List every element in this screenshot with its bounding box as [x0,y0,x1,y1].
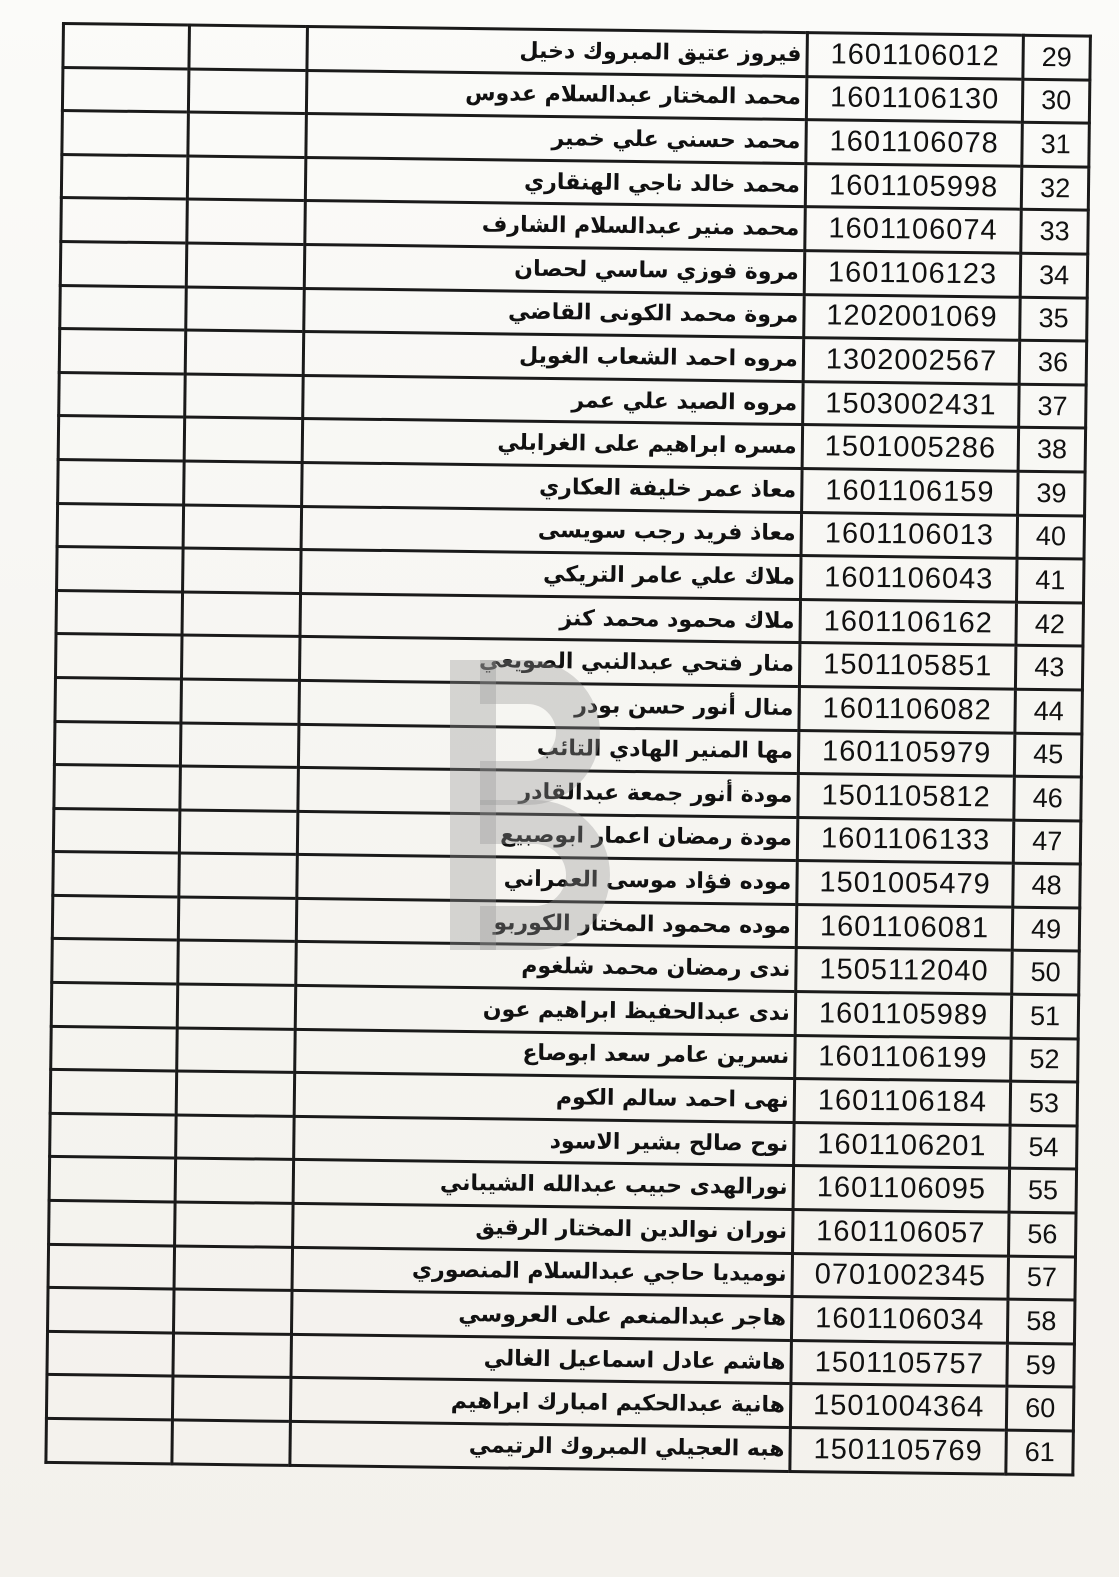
row-number: 58 [1008,1299,1075,1343]
blank-cell [186,287,305,332]
row-number: 34 [1021,253,1088,297]
id-number: 1302002567 [803,338,1020,384]
row-number: 47 [1014,820,1081,864]
id-number: 1601106199 [794,1035,1011,1081]
row-number: 38 [1018,428,1085,472]
row-number: 41 [1017,558,1084,602]
blank-cell [176,1071,295,1116]
blank-cell [62,111,189,156]
blank-cell [189,69,308,114]
blank-cell [58,459,185,504]
id-number: 1501105769 [790,1428,1007,1474]
blank-cell [188,112,307,157]
row-number: 44 [1015,689,1082,733]
student-name: ملاك علي عامر التريكي [301,550,801,600]
blank-cell [47,1331,174,1376]
student-name: نهى احمد سالم الكوم [294,1073,794,1123]
blank-cell [176,1115,295,1160]
id-number: 1601106057 [792,1210,1009,1256]
student-name: هاشم عادل اسماعيل الغالي [291,1334,791,1384]
roster-body: 291601106012فيروز عتيق المبروك دخيل30160… [46,24,1090,1475]
blank-cell [188,156,307,201]
student-name: مروة محمد الكونى القاضي [304,288,804,338]
student-name: هبه العجيلي المبروك الرتيمي [290,1421,790,1471]
blank-cell [177,1028,296,1073]
blank-cell [189,25,308,70]
blank-cell [183,548,302,593]
blank-cell [53,852,180,897]
row-number: 32 [1022,166,1089,210]
student-name: مسره ابراهيم على الغرابلي [302,419,802,469]
row-number: 50 [1012,951,1079,995]
student-name: نوح صالح بشير الاسود [294,1116,794,1166]
blank-cell [184,417,303,462]
row-number: 36 [1019,340,1086,384]
blank-cell [51,983,178,1028]
blank-cell [178,940,297,985]
student-name: مروه الصيد علي عمر [303,375,803,425]
id-number: 1601106078 [806,120,1023,166]
blank-cell [61,154,188,199]
blank-cell [59,372,186,417]
row-number: 45 [1015,733,1082,777]
student-name: موده محمود المختار الكوربو [296,898,796,948]
blank-cell [50,1070,177,1115]
blank-cell [180,810,299,855]
row-number: 54 [1010,1125,1077,1169]
id-number: 1601106095 [793,1166,1010,1212]
student-name: فيروز عتيق المبروك دخيل [307,27,807,77]
scanned-page: 291601106012فيروز عتيق المبروك دخيل30160… [0,0,1119,1577]
id-number: 1601106201 [793,1122,1010,1168]
blank-cell [174,1289,293,1334]
student-name: نورالهدى حبيب عبدالله الشيباني [293,1160,793,1210]
id-number: 1601105979 [798,730,1015,776]
id-number: 1601105998 [805,163,1022,209]
student-name: ندى عبدالحفيظ ابراهيم عون [295,985,795,1035]
row-number: 56 [1009,1212,1076,1256]
blank-cell [62,67,189,112]
id-number: 1501105851 [799,643,1016,689]
student-name: ندى رمضان محمد شلغوم [296,942,796,992]
student-name: منال أنور حسن بودر [299,680,799,730]
id-number: 1601106012 [807,33,1024,79]
blank-cell [52,939,179,984]
blank-cell [177,984,296,1029]
student-name: منار فتحي عبدالنبي الصويعي [300,637,800,687]
student-name: مروة فوزي ساسي لحصان [304,244,804,294]
blank-cell [57,503,184,548]
id-number: 1501005479 [797,861,1014,907]
blank-cell [173,1333,292,1378]
blank-cell [46,1375,173,1420]
row-number: 31 [1022,122,1089,166]
blank-cell [175,1158,294,1203]
student-name: مها المنير الهادي التائب [299,724,799,774]
blank-cell [61,198,188,243]
blank-cell [181,679,300,724]
student-name: هاجر عبدالمنعم على العروسي [292,1291,792,1341]
blank-cell [180,766,299,811]
blank-cell [53,808,180,853]
blank-cell [179,853,298,898]
blank-cell [187,199,306,244]
blank-cell [54,721,181,766]
row-number: 53 [1010,1081,1077,1125]
id-number: 1601106013 [801,512,1018,558]
id-number: 1202001069 [804,294,1021,340]
id-number: 1601105989 [795,992,1012,1038]
blank-cell [52,895,179,940]
id-number: 1601106081 [796,904,1013,950]
id-number: 1601106082 [799,686,1016,732]
blank-cell [51,1026,178,1071]
blank-cell [58,416,185,461]
blank-cell [173,1376,292,1421]
blank-cell [182,635,301,680]
id-number: 1601106133 [797,817,1014,863]
blank-cell [185,330,304,375]
id-number: 1601106074 [805,207,1022,253]
row-number: 46 [1014,776,1081,820]
row-number: 29 [1023,35,1090,79]
student-name: نوميديا حاجي عبدالسلام المنصوري [292,1247,792,1297]
blank-cell [55,677,182,722]
student-name: موده فؤاد موسى العمراني [297,855,797,905]
student-roster-table: 291601106012فيروز عتيق المبروك دخيل30160… [44,22,1092,1476]
student-name: محمد حسني علي خمير [306,114,806,164]
id-number: 1601106123 [804,251,1021,297]
blank-cell [57,547,184,592]
roster-table-wrapper: 291601106012فيروز عتيق المبروك دخيل30160… [44,22,1092,1476]
blank-cell [184,461,303,506]
blank-cell [181,723,300,768]
blank-cell [59,329,186,374]
row-number: 43 [1016,646,1083,690]
student-name: معاذ عمر خليفة العكاري [302,462,802,512]
id-number: 1601106184 [794,1079,1011,1125]
id-number: 1601106034 [791,1297,1008,1343]
id-number: 1601106162 [800,599,1017,645]
student-name: نسرين عامر سعد ابوصاع [295,1029,795,1079]
student-name: نوران نوالدين المختار الرقيق [293,1203,793,1253]
blank-cell [179,897,298,942]
blank-cell [185,374,304,419]
id-number: 1501105757 [791,1340,1008,1386]
student-name: معاذ فريد رجب سويسى [301,506,801,556]
blank-cell [60,285,187,330]
blank-cell [56,590,183,635]
id-number: 1601106043 [800,556,1017,602]
row-number: 59 [1007,1343,1074,1387]
student-name: محمد خالد ناجي الهنقاري [306,157,806,207]
blank-cell [50,1113,177,1158]
blank-cell [49,1157,176,1202]
student-name: محمد منير عبدالسلام الشارف [305,201,805,251]
id-number: 1601106159 [801,469,1018,515]
student-name: مودة رمضان اعمار ابوصبيع [298,811,798,861]
row-number: 48 [1013,863,1080,907]
student-name: ملاك محمود محمد كنز [300,593,800,643]
row-number: 40 [1017,515,1084,559]
id-number: 1501105812 [798,774,1015,820]
id-number: 1503002431 [802,381,1019,427]
blank-cell [174,1246,293,1291]
blank-cell [63,24,190,69]
student-name: مودة أنور جمعة عبدالقادر [298,768,798,818]
row-number: 33 [1021,210,1088,254]
student-name: محمد المختار عبدالسلام عدوس [307,70,807,120]
id-number: 1601106130 [806,76,1023,122]
id-number: 0701002345 [792,1253,1009,1299]
row-number: 39 [1018,471,1085,515]
student-name: هانية عبدالحكيم امبارك ابراهيم [291,1378,791,1428]
id-number: 1501005286 [802,425,1019,471]
blank-cell [54,765,181,810]
blank-cell [55,634,182,679]
blank-cell [172,1420,291,1465]
blank-cell [49,1200,176,1245]
row-number: 30 [1023,79,1090,123]
row-number: 60 [1007,1387,1074,1431]
blank-cell [186,243,305,288]
row-number: 37 [1019,384,1086,428]
row-number: 55 [1009,1169,1076,1213]
id-number: 1505112040 [796,948,1013,994]
blank-cell [60,241,187,286]
blank-cell [182,592,301,637]
row-number: 61 [1006,1430,1073,1474]
row-number: 42 [1016,602,1083,646]
blank-cell [48,1244,175,1289]
row-number: 51 [1011,994,1078,1038]
row-number: 35 [1020,297,1087,341]
blank-cell [46,1418,173,1463]
row-number: 57 [1008,1256,1075,1300]
blank-cell [48,1288,175,1333]
blank-cell [175,1202,294,1247]
row-number: 52 [1011,1038,1078,1082]
row-number: 49 [1013,907,1080,951]
id-number: 1501004364 [790,1384,1007,1430]
blank-cell [183,505,302,550]
student-name: مروه احمد الشعاب الغويل [303,332,803,382]
